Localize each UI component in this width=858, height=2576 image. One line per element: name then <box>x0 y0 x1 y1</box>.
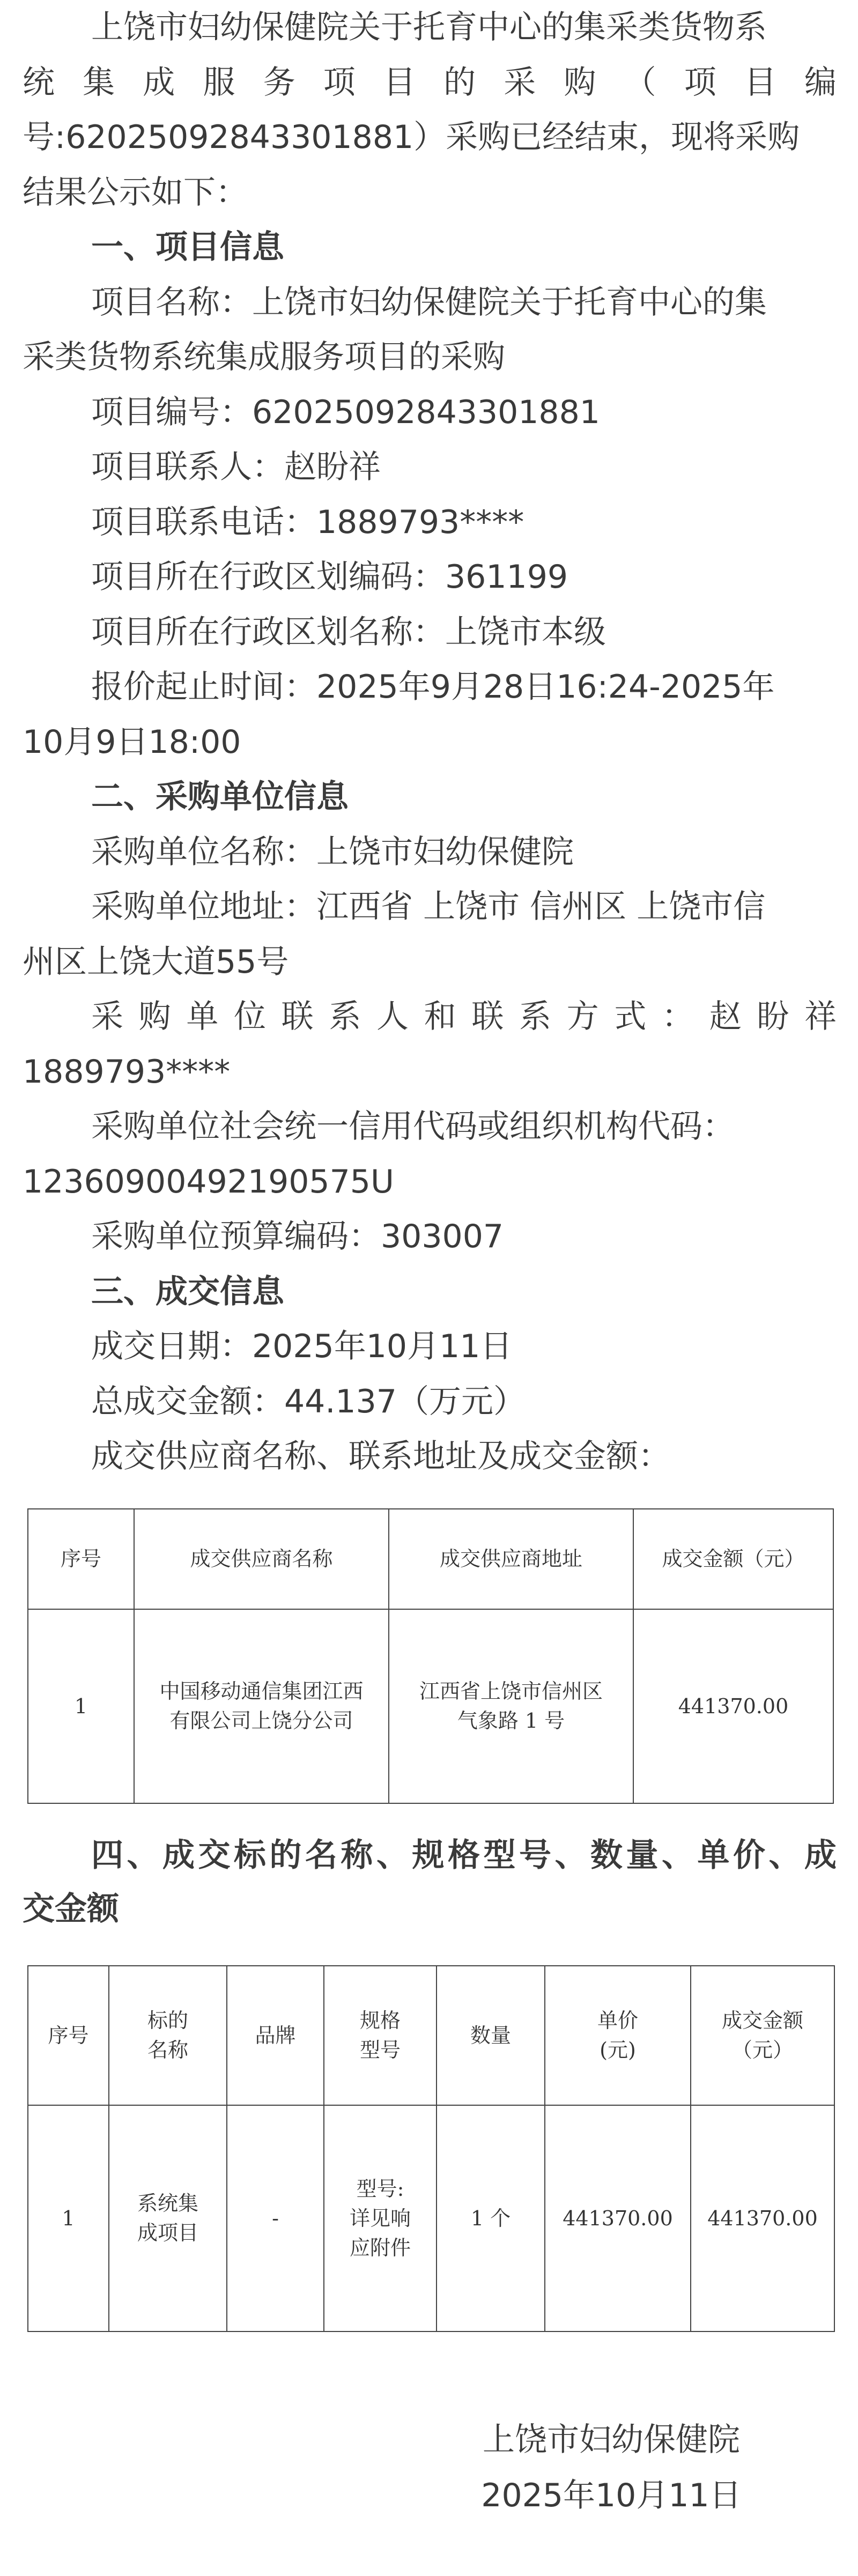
signature-date: 2025年10月11日 <box>461 2468 761 2523</box>
section-heading-items-line: 交金额 <box>23 1882 837 1936</box>
supplier-name: 中国移动通信集团江西 有限公司上饶分公司 <box>134 1609 389 1803</box>
supplier-name-line: 有限公司上饶分公司 <box>139 1706 384 1736</box>
item-table: 序号 标的名称 品牌 规格型号 数量 单价(元) 成交金额（元） 1 系统集 成… <box>27 1965 835 2332</box>
intro-line: 统集成服务项目的采购（项目编 <box>23 55 837 110</box>
section-heading-deal-info: 三、成交信息 <box>23 1264 837 1320</box>
table-header-row: 序号 标的名称 品牌 规格型号 数量 单价(元) 成交金额（元） <box>28 1966 834 2105</box>
row-number: 1 <box>28 2105 109 2331</box>
header-cell: 序号 <box>28 1966 109 2105</box>
region-name: 项目所在行政区划名称：上饶市本级 <box>23 605 837 660</box>
item-name-line: 系统集 <box>114 2189 222 2218</box>
project-contact-person: 项目联系人：赵盼祥 <box>23 440 837 495</box>
item-name: 系统集 成项目 <box>109 2105 227 2331</box>
announcement-body: 上饶市妇幼保健院关于托育中心的集采类货物系 统集成服务项目的采购（项目编 号:6… <box>23 0 837 1484</box>
signature-block: 上饶市妇幼保健院 2025年10月11日 <box>461 2412 761 2523</box>
table-row: 1 系统集 成项目 - 型号: 详见响 应附件 1 个 441370.00 44… <box>28 2105 834 2331</box>
purchaser-budget-code: 采购单位预算编码：303007 <box>23 1209 837 1264</box>
supplier-address: 江西省上饶市信州区 气象路 1 号 <box>389 1609 633 1803</box>
supplier-intro: 成交供应商名称、联系地址及成交金额： <box>23 1429 837 1484</box>
intro-line: 上饶市妇幼保健院关于托育中心的集采类货物系 <box>23 0 837 55</box>
item-quantity: 1 个 <box>437 2105 545 2331</box>
table-header-row: 序号 成交供应商名称 成交供应商地址 成交金额（元） <box>28 1509 833 1609</box>
header-cell: 标的名称 <box>109 1966 227 2105</box>
header-cell: 成交供应商地址 <box>389 1509 633 1609</box>
supplier-table: 序号 成交供应商名称 成交供应商地址 成交金额（元） 1 中国移动通信集团江西 … <box>27 1508 834 1804</box>
purchaser-credit-code-cont: 12360900492190575U <box>23 1154 837 1210</box>
item-spec-line: 应附件 <box>329 2233 432 2263</box>
total-amount: 总成交金额：44.137（万元） <box>23 1374 837 1430</box>
item-spec-line: 详见响 <box>329 2204 432 2233</box>
item-unit-price: 441370.00 <box>545 2105 691 2331</box>
purchaser-contact: 采购单位联系人和联系方式：赵盼祥 <box>23 989 837 1045</box>
header-text: 标的 <box>114 2006 222 2035</box>
deal-amount: 441370.00 <box>633 1609 833 1803</box>
table-row: 1 中国移动通信集团江西 有限公司上饶分公司 江西省上饶市信州区 气象路 1 号… <box>28 1609 833 1803</box>
region-code: 项目所在行政区划编码：361199 <box>23 550 837 605</box>
header-cell: 规格型号 <box>324 1966 437 2105</box>
section-heading-project-info: 一、项目信息 <box>23 220 837 275</box>
intro-line: 结果公示如下： <box>23 165 837 220</box>
purchaser-address: 采购单位地址：江西省 上饶市 信州区 上饶市信 <box>23 879 837 935</box>
project-name-cont: 采类货物系统集成服务项目的采购 <box>23 330 837 385</box>
supplier-address-line: 江西省上饶市信州区 <box>394 1677 628 1706</box>
purchaser-name: 采购单位名称：上饶市妇幼保健院 <box>23 825 837 880</box>
purchaser-credit-code: 采购单位社会统一信用代码或组织机构代码： <box>23 1099 837 1154</box>
row-number: 1 <box>28 1609 134 1803</box>
deal-date: 成交日期：2025年10月11日 <box>23 1319 837 1374</box>
intro-line: 号:62025092843301881）采购已经结束，现将采购 <box>23 110 837 165</box>
project-name: 项目名称：上饶市妇幼保健院关于托育中心的集 <box>23 275 837 330</box>
item-spec: 型号: 详见响 应附件 <box>324 2105 437 2331</box>
header-cell: 成交供应商名称 <box>134 1509 389 1609</box>
header-cell: 序号 <box>28 1509 134 1609</box>
item-brand: - <box>227 2105 324 2331</box>
section-heading-items-line: 四、成交标的名称、规格型号、数量、单价、成 <box>23 1829 837 1882</box>
supplier-name-line: 中国移动通信集团江西 <box>139 1677 384 1706</box>
header-text: 序号 <box>33 2021 104 2051</box>
header-cell: 单价(元) <box>545 1966 691 2105</box>
purchaser-contact-cont: 1889793**** <box>23 1045 837 1100</box>
project-number: 项目编号：62025092843301881 <box>23 385 837 440</box>
item-spec-line: 型号: <box>329 2174 432 2204</box>
project-contact-phone: 项目联系电话：1889793**** <box>23 495 837 550</box>
item-amount: 441370.00 <box>691 2105 834 2331</box>
header-text: 成交金额 <box>696 2006 830 2035</box>
header-cell: 成交金额（元） <box>691 1966 834 2105</box>
header-text: 规格 <box>329 2006 432 2035</box>
header-text: 单价 <box>550 2006 686 2035</box>
header-text: 名称 <box>114 2035 222 2065</box>
section-heading-purchaser-info: 二、采购单位信息 <box>23 769 837 825</box>
header-cell: 成交金额（元） <box>633 1509 833 1609</box>
signature-org: 上饶市妇幼保健院 <box>461 2412 761 2468</box>
purchaser-address-cont: 州区上饶大道55号 <box>23 935 837 990</box>
supplier-address-line: 气象路 1 号 <box>394 1706 628 1736</box>
header-text: （元） <box>696 2035 830 2065</box>
header-text: (元) <box>550 2035 686 2065</box>
header-text: 品牌 <box>232 2021 319 2051</box>
header-text: 数量 <box>441 2021 540 2051</box>
header-text: 型号 <box>329 2035 432 2065</box>
quote-time-cont: 10月9日18:00 <box>23 715 837 770</box>
item-name-line: 成项目 <box>114 2218 222 2248</box>
section-heading-items: 四、成交标的名称、规格型号、数量、单价、成 交金额 <box>23 1829 837 1936</box>
header-cell: 数量 <box>437 1966 545 2105</box>
quote-time: 报价起止时间：2025年9月28日16:24-2025年 <box>23 660 837 715</box>
header-cell: 品牌 <box>227 1966 324 2105</box>
